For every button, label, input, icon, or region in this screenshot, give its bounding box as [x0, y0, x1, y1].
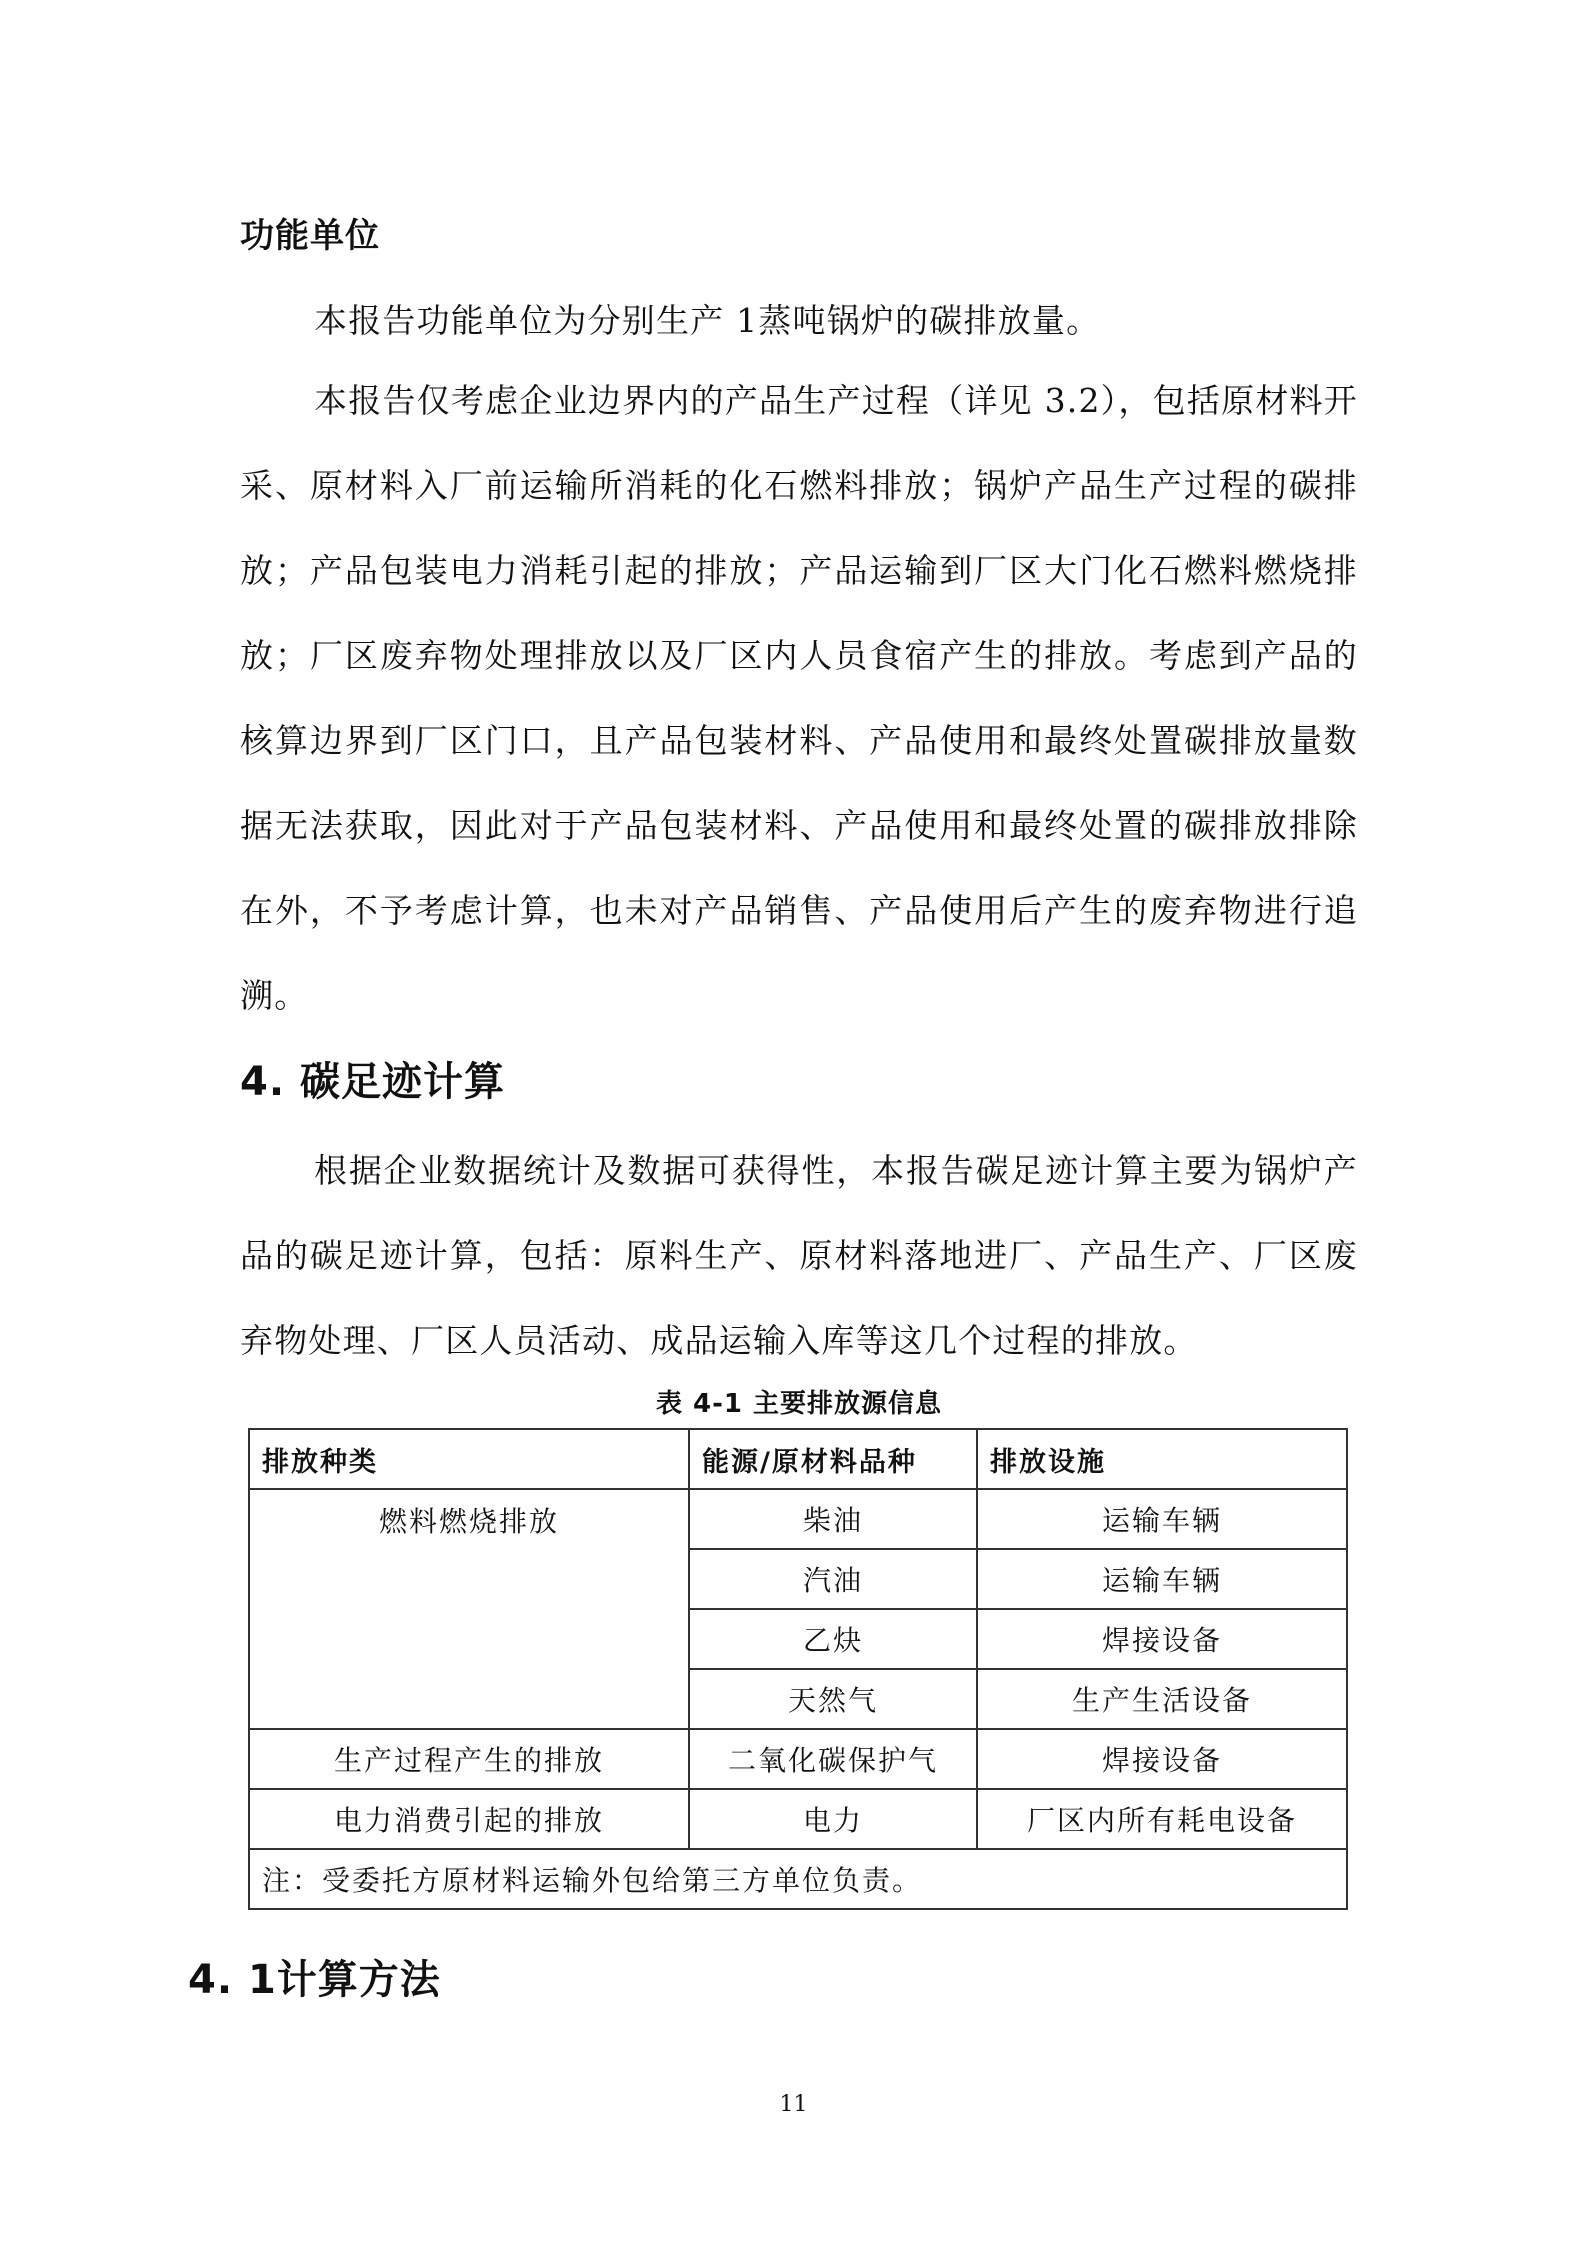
subsection-heading: 4. 1计算方法: [188, 1948, 441, 2005]
header-emission-facility: 排放设施: [977, 1429, 1347, 1489]
table-row: 燃料燃烧排放 柴油 运输车辆: [249, 1489, 1347, 1549]
category-cell: 电力消费引起的排放: [249, 1789, 689, 1849]
table-row: 生产过程产生的排放 二氧化碳保护气 焊接设备: [249, 1729, 1347, 1789]
category-cell: 生产过程产生的排放: [249, 1729, 689, 1789]
emission-sources-table: 排放种类 能源/原材料品种 排放设施 燃料燃烧排放 柴油 运输车辆 汽油 运输车…: [248, 1428, 1348, 1910]
section-4-paragraph: 根据企业数据统计及数据可获得性，本报告碳足迹计算主要为锅炉产品的碳足迹计算，包括…: [240, 1128, 1358, 1383]
facility-cell: 运输车辆: [977, 1549, 1347, 1609]
section-4-heading: 4. 碳足迹计算: [240, 1050, 505, 1107]
functional-unit-paragraph-1: 本报告功能单位为分别生产 1蒸吨锅炉的碳排放量。: [240, 278, 1358, 363]
facility-cell: 焊接设备: [977, 1729, 1347, 1789]
facility-cell: 生产生活设备: [977, 1669, 1347, 1729]
source-cell: 汽油: [689, 1549, 977, 1609]
header-energy-material: 能源/原材料品种: [689, 1429, 977, 1489]
table-row: 电力消费引起的排放 电力 厂区内所有耗电设备: [249, 1789, 1347, 1849]
facility-cell: 焊接设备: [977, 1609, 1347, 1669]
table-note: 注：受委托方原材料运输外包给第三方单位负责。: [249, 1849, 1347, 1909]
facility-cell: 运输车辆: [977, 1489, 1347, 1549]
category-cell: 燃料燃烧排放: [249, 1489, 689, 1729]
functional-unit-heading: 功能单位: [240, 208, 380, 257]
source-cell: 乙炔: [689, 1609, 977, 1669]
page-number: 11: [0, 2092, 1587, 2117]
functional-unit-paragraph-2: 本报告仅考虑企业边界内的产品生产过程（详见 3.2），包括原材料开采、原材料入厂…: [240, 358, 1358, 1038]
facility-cell: 厂区内所有耗电设备: [977, 1789, 1347, 1849]
table-caption: 表 4-1 主要排放源信息: [240, 1383, 1358, 1420]
source-cell: 天然气: [689, 1669, 977, 1729]
header-emission-type: 排放种类: [249, 1429, 689, 1489]
document-page: 功能单位 本报告功能单位为分别生产 1蒸吨锅炉的碳排放量。 本报告仅考虑企业边界…: [0, 0, 1587, 2245]
table-note-row: 注：受委托方原材料运输外包给第三方单位负责。: [249, 1849, 1347, 1909]
table-header-row: 排放种类 能源/原材料品种 排放设施: [249, 1429, 1347, 1489]
source-cell: 二氧化碳保护气: [689, 1729, 977, 1789]
source-cell: 电力: [689, 1789, 977, 1849]
source-cell: 柴油: [689, 1489, 977, 1549]
